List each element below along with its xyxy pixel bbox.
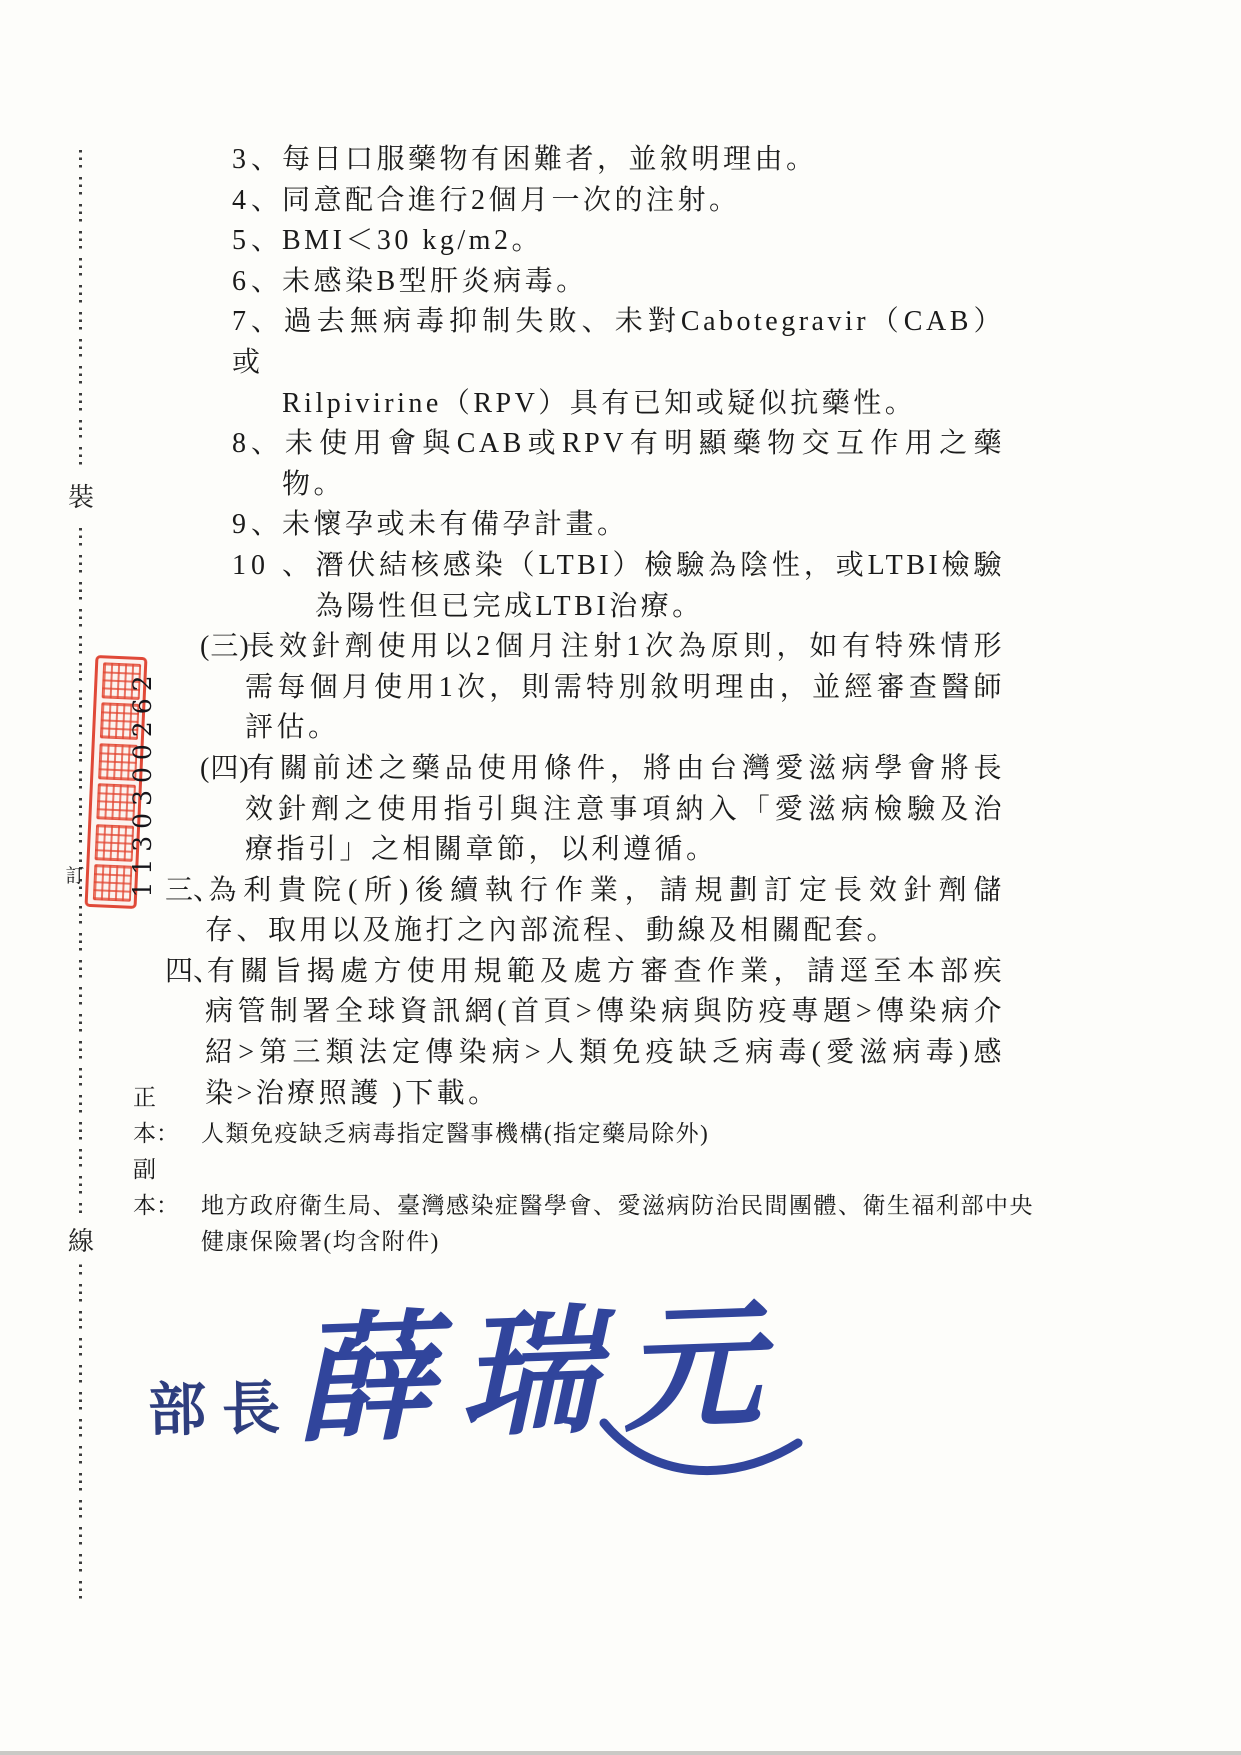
distribution-line: 正本：人類免疫缺乏病毒指定醫事機構(指定藥局除外) [133,1080,1068,1152]
document-body: 3、每日口服藥物有困難者，並敘明理由。 4、同意配合進行2個月一次的注射。 5、… [0,140,1005,1114]
list-item-text: 有關前述之藥品使用條件，將由台灣愛滋病學會將長 [245,753,1005,784]
original-recipient-row: 正本：人類免疫缺乏病毒指定醫事機構(指定藥局除外) [133,1080,1068,1152]
list-item-line: 10、潛伏結核感染（LTBI）檢驗為陰性，或LTBI檢驗 [232,546,1005,587]
minister-title: 部長 [147,1361,296,1448]
list-item-line: 3、每日口服藥物有困難者，並敘明理由。 [232,140,1005,181]
original-text: 人類免疫缺乏病毒指定醫事機構(指定藥局除外) [201,1121,709,1146]
list-item-line: 6、未感染B型肝炎病毒。 [232,262,1005,303]
list-item-text: 未使用會與CAB或RPV有明顯藥物交互作用之藥 [282,428,1005,459]
list-item-line: 病管制署全球資訊網(首頁>傳染病與防疫專題>傳染病介 [205,992,1005,1033]
distribution-block: 正本：人類免疫缺乏病毒指定醫事機構(指定藥局除外) 副本：地方政府衛生局、臺灣感… [133,1080,1068,1265]
list-item: 7、過去無病毒抑制失敗、未對Cabotegravir（CAB）或 Rilpivi… [0,302,1005,424]
signature-flourish [598,1405,808,1495]
original-label: 正本： [133,1080,201,1152]
list-item-marker: 3、 [232,140,282,181]
list-item-text: 有關旨揭處方使用規範及處方審查作業，請逕至本部疾 [205,956,1005,987]
list-item-line: 三、為利貴院(所)後續執行作業，請規劃訂定長效針劑儲 [165,871,1005,912]
list-item: 三、為利貴院(所)後續執行作業，請規劃訂定長效針劑儲 存、取用以及施打之內部流程… [0,871,1005,952]
list-item-marker: 三、 [165,871,205,912]
list-item: (四)有關前述之藥品使用條件，將由台灣愛滋病學會將長 效針劑之使用指引與注意事項… [0,749,1005,871]
list-item-text: 潛伏結核感染（LTBI）檢驗為陰性，或LTBI檢驗 [315,550,1005,581]
list-item-line: 療指引」之相關章節，以利遵循。 [245,830,1005,871]
list-item-line: 5、BMI＜30 kg/m2。 [232,221,1005,262]
list-item-line: 四、有關旨揭處方使用規範及處方審查作業，請逕至本部疾 [165,952,1005,993]
list-item: 3、每日口服藥物有困難者，並敘明理由。 [0,140,1005,181]
list-item-marker: 8、 [232,424,282,465]
copy-label: 副本： [133,1152,201,1224]
list-item-line: Rilpivirine（RPV）具有已知或疑似抗藥性。 [282,384,1005,425]
list-item-line: 9、未懷孕或未有備孕計畫。 [232,505,1005,546]
list-item-marker: 6、 [232,262,282,303]
list-item-line: 紹>第三類法定傳染病>人類免疫缺乏病毒(愛滋病毒)感 [205,1033,1005,1074]
list-item-text: 長效針劑使用以2個月注射1次為原則，如有特殊情形 [245,631,1005,662]
list-item-line: 物。 [282,465,1005,506]
list-item-text: BMI＜30 kg/m2。 [282,225,543,256]
list-item-line: 評估。 [245,708,1005,749]
distribution-line: 副本：地方政府衛生局、臺灣感染症醫學會、愛滋病防治民間團體、衛生福利部中央 [133,1152,1068,1224]
list-item-marker: (四) [200,749,245,790]
list-item-line: 存、取用以及施打之內部流程、動線及相關配套。 [205,911,1005,952]
copy-text: 地方政府衛生局、臺灣感染症醫學會、愛滋病防治民間團體、衛生福利部中央 [201,1193,1034,1218]
list-item-line: (三)長效針劑使用以2個月注射1次為原則，如有特殊情形 [200,627,1005,668]
list-item: 5、BMI＜30 kg/m2。 [0,221,1005,262]
list-item: 10、潛伏結核感染（LTBI）檢驗為陰性，或LTBI檢驗 為陽性但已完成LTBI… [0,546,1005,627]
list-item: 8、未使用會與CAB或RPV有明顯藥物交互作用之藥 物。 [0,424,1005,505]
list-item-line: 效針劑之使用指引與注意事項納入「愛滋病檢驗及治 [245,790,1005,831]
list-item-text: 同意配合進行2個月一次的注射。 [282,185,741,216]
list-item-line: (四)有關前述之藥品使用條件，將由台灣愛滋病學會將長 [200,749,1005,790]
list-item-text: 未感染B型肝炎病毒。 [282,266,588,297]
list-item-marker: 4、 [232,181,282,222]
list-item-marker: 9、 [232,505,282,546]
copy-recipient-row: 副本：地方政府衛生局、臺灣感染症醫學會、愛滋病防治民間團體、衛生福利部中央 健康… [133,1152,1068,1265]
list-item: 4、同意配合進行2個月一次的注射。 [0,181,1005,222]
list-item-line: 4、同意配合進行2個月一次的注射。 [232,181,1005,222]
list-item-line: 為陽性但已完成LTBI治療。 [315,587,1005,628]
binding-mark-xian: 線 [64,1216,98,1263]
list-item-marker: 四、 [165,952,205,993]
document-page: 裝 訂 線 1130300262 3、每日口服藥物有困難者，並敘明理由。 4、同… [0,0,1241,1755]
list-item-marker: 5、 [232,221,282,262]
distribution-line: 健康保險署(均含附件) [201,1224,1068,1265]
list-item: 6、未感染B型肝炎病毒。 [0,262,1005,303]
list-item-marker: 10、 [232,546,315,587]
list-item-text: 過去無病毒抑制失敗、未對Cabotegravir（CAB）或 [232,306,1005,378]
list-item-line: 7、過去無病毒抑制失敗、未對Cabotegravir（CAB）或 [232,302,1005,383]
list-item-line: 8、未使用會與CAB或RPV有明顯藥物交互作用之藥 [232,424,1005,465]
list-item-text: 未懷孕或未有備孕計畫。 [282,509,629,540]
list-item-text: 為利貴院(所)後續執行作業，請規劃訂定長效針劑儲 [205,875,1005,906]
list-item-marker: 7、 [232,302,282,343]
list-item-marker: (三) [200,627,245,668]
scan-bottom-edge [0,1751,1241,1755]
list-item: (三)長效針劑使用以2個月注射1次為原則，如有特殊情形 需每個月使用1次，則需特… [0,627,1005,749]
list-item: 9、未懷孕或未有備孕計畫。 [0,505,1005,546]
list-item-line: 需每個月使用1次，則需特別敘明理由，並經審查醫師 [245,668,1005,709]
list-item-text: 每日口服藥物有困難者，並敘明理由。 [282,144,818,175]
